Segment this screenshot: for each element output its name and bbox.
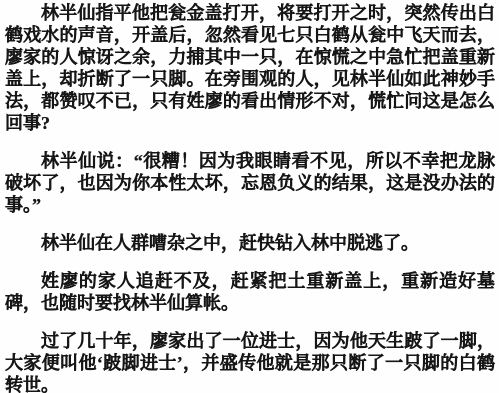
paragraph-1: 林半仙指平他把瓮金盖打开，将要打开之时，突然传出白鹤戏水的声音，开盖后，忽然看见… — [5, 2, 495, 134]
story-page: 林半仙指平他把瓮金盖打开，将要打开之时，突然传出白鹤戏水的声音，开盖后，忽然看见… — [0, 0, 499, 393]
paragraph-5: 过了几十年，廖家出了一位进士，因为他天生跛了一脚，大家便叫他‘跛脚进士’，并盛传… — [5, 330, 495, 393]
paragraph-2: 林半仙说：“很糟！因为我眼睛看不见，所以不幸把龙脉破坏了，也因为你本性太坏，忘恩… — [5, 150, 495, 216]
paragraph-4: 姓廖的家人追赶不及，赶紧把土重新盖上，重新造好墓碑，也随时要找林半仙算帐。 — [5, 270, 495, 314]
paragraph-3: 林半仙在人群嘈杂之中，赶快钻入林中脱逃了。 — [5, 232, 495, 254]
